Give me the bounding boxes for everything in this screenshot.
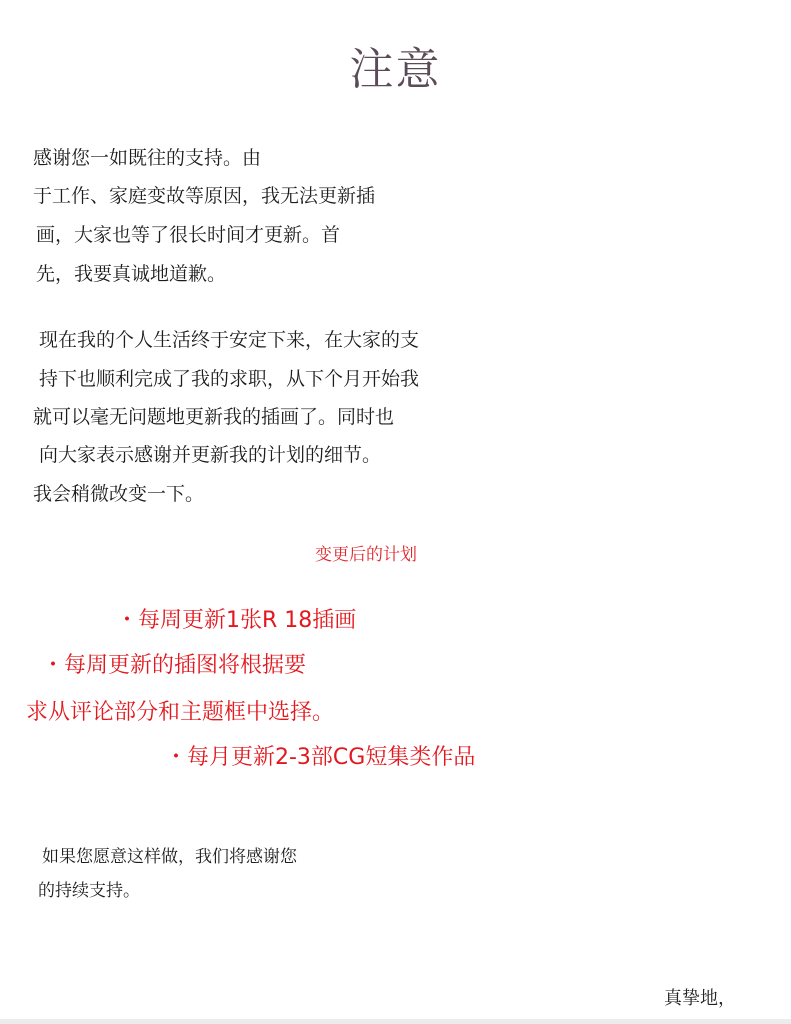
page-title: 注意 xyxy=(0,33,791,97)
text-line: 就可以毫无问题地更新我的插画了。同时也 xyxy=(33,399,394,436)
plan-item: ・每周更新1张R 18插画 xyxy=(116,603,356,634)
text-line: 如果您愿意这样做，我们将感谢您 xyxy=(42,842,297,867)
text-line: 感谢您一如既往的支持。由 xyxy=(33,140,261,177)
text-line: 先，我要真诚地道歉。 xyxy=(36,256,226,293)
page-bottom-edge xyxy=(0,1019,791,1024)
text-line: 我会稍微改变一下。 xyxy=(33,476,204,513)
text-line: 持下也顺利完成了我的求职，从下个月开始我 xyxy=(39,361,419,398)
text-line: 向大家表示感谢并更新我的计划的细节。 xyxy=(39,437,381,474)
text-line: 的持续支持。 xyxy=(38,876,140,901)
plan-item: ・每周更新的插图将根据要 xyxy=(42,648,306,679)
plan-heading: 变更后的计划 xyxy=(315,540,417,565)
signoff: 真挚地， xyxy=(664,984,736,1010)
text-line: 现在我的个人生活终于安定下来，在大家的支 xyxy=(39,322,419,359)
text-line: 画，大家也等了很长时间才更新。首 xyxy=(36,217,340,254)
plan-item: 求从评论部分和主题框中选择。 xyxy=(26,695,334,726)
text-line: 于工作、家庭变故等原因，我无法更新插 xyxy=(33,178,375,215)
plan-item: ・每月更新2-3部CG短集类作品 xyxy=(165,740,475,771)
